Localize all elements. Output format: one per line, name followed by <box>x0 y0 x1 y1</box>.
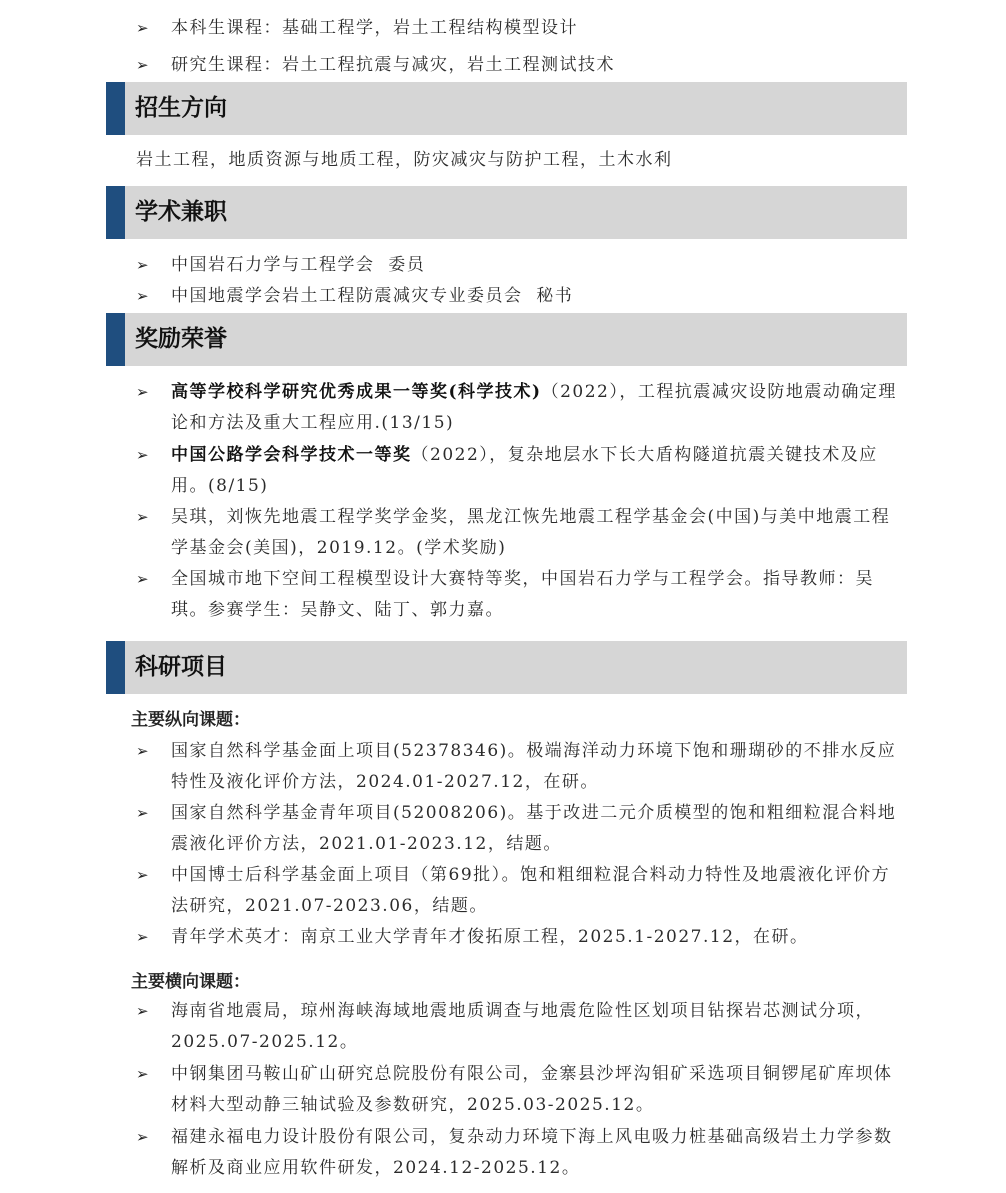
section-header-research: 科研项目 <box>106 641 907 694</box>
arrow-bullet-icon: ➢ <box>136 564 156 595</box>
section-header-admissions: 招生方向 <box>106 82 907 135</box>
list-item: ➢ 中国地震学会岩土工程防震减灾专业委员会 秘书 <box>136 281 906 312</box>
section-title: 学术兼职 <box>135 186 227 239</box>
list-item: ➢ 国家自然科学基金青年项目(52008206)。基于改进二元介质模型的饱和粗细… <box>136 798 906 860</box>
arrow-bullet-icon: ➢ <box>136 922 156 953</box>
arrow-bullet-icon: ➢ <box>136 996 156 1027</box>
list-item: ➢ 青年学术英才：南京工业大学青年才俊拓原工程，2025.1-2027.12，在… <box>136 922 906 953</box>
list-item: ➢ 中钢集团马鞍山矿山研究总院股份有限公司，金寨县沙坪沟钼矿采选项目铜锣尾矿库坝… <box>136 1059 906 1121</box>
subheading-horizontal-projects: 主要横向课题： <box>131 969 250 995</box>
award-text: 中国公路学会科学技术一等奖（2022），复杂地层水下长大盾构隧道抗震关键技术及应… <box>171 440 906 502</box>
accent-stripe <box>106 641 125 694</box>
award-text: 全国城市地下空间工程模型设计大赛特等奖，中国岩石力学与工程学会。指导教师：吴琪。… <box>171 564 906 626</box>
award-title: 高等学校科学研究优秀成果一等奖(科学技术) <box>171 382 542 402</box>
arrow-bullet-icon: ➢ <box>136 860 156 891</box>
teaching-graduate: 研究生课程：岩土工程抗震与减灾，岩土工程测试技术 <box>171 50 906 81</box>
accent-stripe <box>106 82 125 135</box>
list-item: ➢ 中国岩石力学与工程学会 委员 <box>136 250 906 281</box>
position-text: 中国地震学会岩土工程防震减灾专业委员会 秘书 <box>171 281 906 312</box>
arrow-bullet-icon: ➢ <box>136 736 156 767</box>
arrow-bullet-icon: ➢ <box>136 440 156 471</box>
teaching-undergrad: 本科生课程：基础工程学，岩土工程结构模型设计 <box>171 13 906 44</box>
project-text: 福建永福电力设计股份有限公司，复杂动力环境下海上风电吸力桩基础高级岩土力学参数解… <box>171 1122 906 1184</box>
list-item: ➢ 本科生课程：基础工程学，岩土工程结构模型设计 <box>136 13 906 44</box>
list-item: ➢ 海南省地震局，琼州海峡海域地震地质调查与地震危险性区划项目钻探岩芯测试分项，… <box>136 996 906 1058</box>
list-item: ➢ 全国城市地下空间工程模型设计大赛特等奖，中国岩石力学与工程学会。指导教师：吴… <box>136 564 906 626</box>
project-text: 国家自然科学基金青年项目(52008206)。基于改进二元介质模型的饱和粗细粒混… <box>171 798 906 860</box>
list-item: ➢ 福建永福电力设计股份有限公司，复杂动力环境下海上风电吸力桩基础高级岩土力学参… <box>136 1122 906 1184</box>
subheading-vertical-projects: 主要纵向课题： <box>131 707 250 733</box>
project-text: 海南省地震局，琼州海峡海域地震地质调查与地震危险性区划项目钻探岩芯测试分项，20… <box>171 996 906 1058</box>
cv-page: ➢ 本科生课程：基础工程学，岩土工程结构模型设计 ➢ 研究生课程：岩土工程抗震与… <box>0 0 1006 1193</box>
list-item: ➢ 中国公路学会科学技术一等奖（2022），复杂地层水下长大盾构隧道抗震关键技术… <box>136 440 906 502</box>
section-title: 奖励荣誉 <box>135 313 227 366</box>
project-text: 国家自然科学基金面上项目(52378346)。极端海洋动力环境下饱和珊瑚砂的不排… <box>171 736 906 798</box>
project-text: 青年学术英才：南京工业大学青年才俊拓原工程，2025.1-2027.12，在研。 <box>171 922 906 953</box>
section-title: 招生方向 <box>135 82 227 135</box>
admissions-text: 岩土工程，地质资源与地质工程，防灾减灾与防护工程，土木水利 <box>136 145 673 176</box>
arrow-bullet-icon: ➢ <box>136 50 156 81</box>
section-header-awards: 奖励荣誉 <box>106 313 907 366</box>
arrow-bullet-icon: ➢ <box>136 798 156 829</box>
arrow-bullet-icon: ➢ <box>136 502 156 533</box>
arrow-bullet-icon: ➢ <box>136 377 156 408</box>
project-text: 中钢集团马鞍山矿山研究总院股份有限公司，金寨县沙坪沟钼矿采选项目铜锣尾矿库坝体材… <box>171 1059 906 1121</box>
project-text: 中国博士后科学基金面上项目（第69批）。饱和粗细粒混合料动力特性及地震液化评价方… <box>171 860 906 922</box>
list-item: ➢ 吴琪，刘恢先地震工程学奖学金奖，黑龙江恢先地震工程学基金会(中国)与美中地震… <box>136 502 906 564</box>
section-header-academic-positions: 学术兼职 <box>106 186 907 239</box>
arrow-bullet-icon: ➢ <box>136 281 156 312</box>
arrow-bullet-icon: ➢ <box>136 1059 156 1090</box>
award-text: 高等学校科学研究优秀成果一等奖(科学技术)（2022），工程抗震减灾设防地震动确… <box>171 377 906 439</box>
list-item: ➢ 中国博士后科学基金面上项目（第69批）。饱和粗细粒混合料动力特性及地震液化评… <box>136 860 906 922</box>
arrow-bullet-icon: ➢ <box>136 250 156 281</box>
award-title: 中国公路学会科学技术一等奖 <box>171 445 412 465</box>
list-item: ➢ 国家自然科学基金面上项目(52378346)。极端海洋动力环境下饱和珊瑚砂的… <box>136 736 906 798</box>
arrow-bullet-icon: ➢ <box>136 1122 156 1153</box>
award-text: 吴琪，刘恢先地震工程学奖学金奖，黑龙江恢先地震工程学基金会(中国)与美中地震工程… <box>171 502 906 564</box>
accent-stripe <box>106 313 125 366</box>
list-item: ➢ 高等学校科学研究优秀成果一等奖(科学技术)（2022），工程抗震减灾设防地震… <box>136 377 906 439</box>
list-item: ➢ 研究生课程：岩土工程抗震与减灾，岩土工程测试技术 <box>136 50 906 81</box>
accent-stripe <box>106 186 125 239</box>
arrow-bullet-icon: ➢ <box>136 13 156 44</box>
section-title: 科研项目 <box>135 641 227 694</box>
position-text: 中国岩石力学与工程学会 委员 <box>171 250 906 281</box>
